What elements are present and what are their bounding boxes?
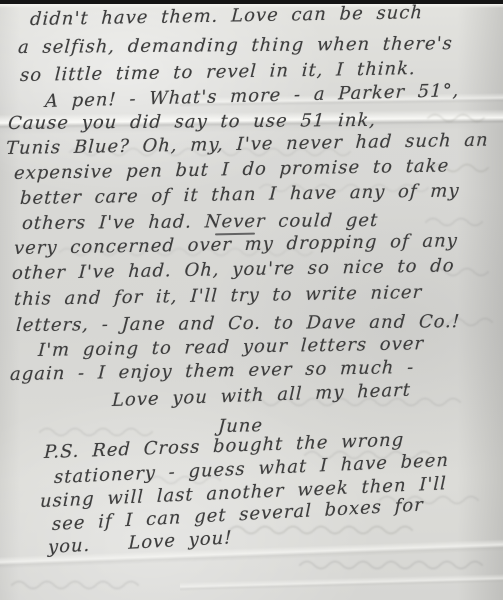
handwriting-line: a selfish, demanding thing when there's xyxy=(17,32,453,60)
scanned-letter-page: didn't have them. Love can be such a sel… xyxy=(0,0,503,600)
